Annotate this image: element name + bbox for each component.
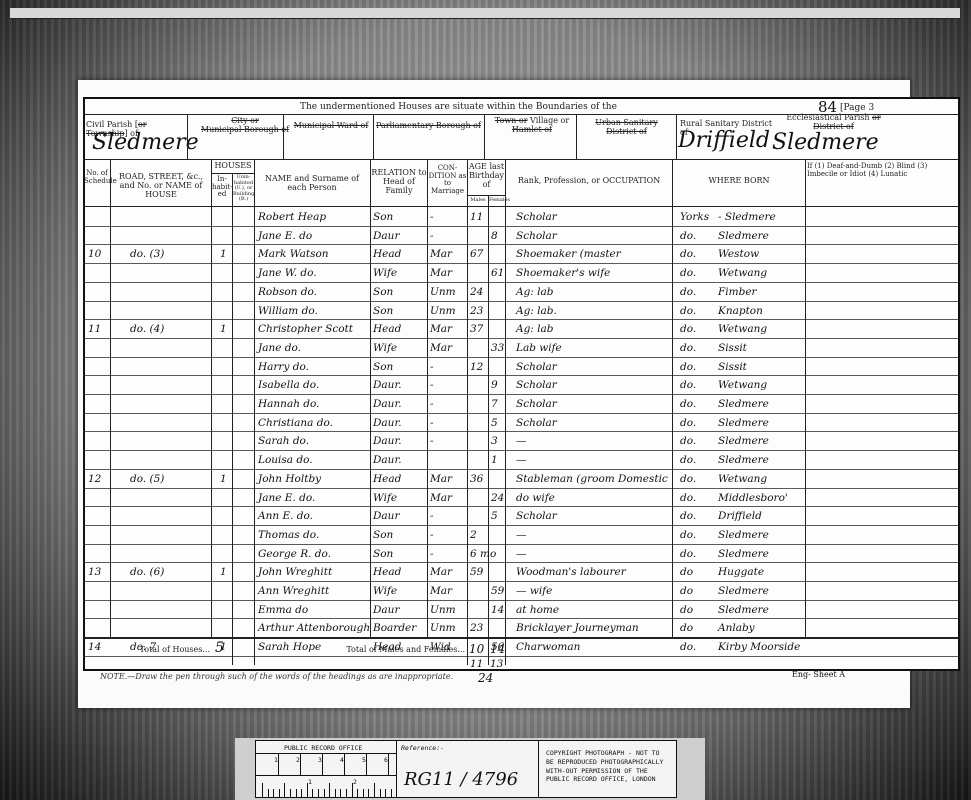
schedule-cell: 10 [88,249,101,260]
born-place-cell: Wetwang [718,380,767,391]
born-county-cell: do. [680,493,696,504]
female-age-cell: 1 [491,455,498,466]
row-rule [83,338,958,339]
born-place-cell: Sledmere [718,418,769,429]
total-persons-label: Total of Males and Females... [330,646,465,655]
row-rule [83,357,958,358]
born-county-cell: do [680,567,693,578]
condition-cell: - [430,380,434,391]
occupation-cell: Charwoman [516,642,580,653]
born-county-cell: do. [680,268,696,279]
ecclesiastical-parish-label: Ecclesiastical Parish orDistrict of [786,114,881,132]
male-age-cell: 12 [470,362,483,373]
col-schedule: No. of Schedule [84,170,110,185]
female-age-cell: 24 [491,493,504,504]
condition-cell: Mar [430,567,452,578]
row-rule [83,581,958,582]
condition-cell: - [430,436,434,447]
total-males-value: 10 [469,643,484,655]
born-place-cell: Sledmere [718,231,769,242]
name-cell: Ann E. do. [258,511,313,522]
male-age-cell: 2 [470,530,477,541]
female-age-cell: 59 [491,586,504,597]
row-rule [83,525,958,526]
row-rule [83,562,958,563]
civil-parish-value: Sledmere [92,132,199,154]
row-rule [83,431,958,432]
subtotal-males: 11 [470,659,483,670]
inhabited-cell: 1 [220,474,227,485]
female-age-cell: 61 [491,268,504,279]
born-county-cell: do. [680,231,696,242]
row-rule [83,263,958,264]
row-rule [83,544,958,545]
reference-label: Reference:- [401,744,444,752]
born-county-cell: do. [680,530,696,541]
total-females-value: 14 [490,643,505,655]
name-cell: Emma do [258,605,308,616]
female-age-cell: 3 [491,436,498,447]
occupation-cell: Scholar [516,399,557,410]
relation-cell: Wife [373,493,397,504]
condition-cell: Mar [430,343,452,354]
scan-top-edge [10,8,960,19]
relation-cell: Son [373,549,393,560]
col-road: ROAD, STREET, &c., and No. or NAME of HO… [112,173,210,199]
occupation-cell: Shoemaker's wife [516,268,610,279]
born-place-cell: Sledmere [718,530,769,541]
col-age: AGE last Birthday of [468,163,505,189]
born-county-cell: Yorks [680,212,709,223]
name-cell: Christiana do. [258,418,333,429]
male-age-cell: 59 [470,567,483,578]
condition-cell: - [430,511,434,522]
copyright-notice: COPYRIGHT PHOTOGRAPH - NOT TO BE REPRODU… [546,749,671,784]
name-cell: Christopher Scott [258,324,353,335]
born-place-cell: Wetwang [718,268,767,279]
born-county-cell: do. [680,249,696,260]
occupation-cell: — wife [516,586,552,597]
name-cell: Jane E. do [258,231,312,242]
condition-cell: - [430,231,434,242]
occupation-cell: Ag: lab [516,287,554,298]
condition-cell: Mar [430,493,452,504]
row-rule [83,600,958,601]
born-place-cell: Fimber [718,287,757,298]
occupation-cell: — [516,549,527,560]
condition-cell: - [430,362,434,373]
condition-cell: Unm [430,605,456,616]
born-county-cell: do. [680,642,696,653]
male-age-cell: 23 [470,623,483,634]
born-place-cell: Anlaby [718,623,755,634]
born-place-cell: Driffield [718,511,762,522]
col-where-born: WHERE BORN [674,177,804,186]
condition-cell: - [430,399,434,410]
male-age-cell: 37 [470,324,483,335]
born-county-cell: do [680,623,693,634]
female-age-cell: 9 [491,380,498,391]
inhabited-cell: 1 [220,324,227,335]
road-cell: do. (3) [130,249,164,260]
condition-cell: - [430,530,434,541]
total-houses-label: Total of Houses... [120,646,210,655]
born-place-cell: Sledmere [718,399,769,410]
name-cell: Hannah do. [258,399,320,410]
header-banner: The undermentioned Houses are situate wi… [300,103,630,113]
archive-label: PUBLIC RECORD OFFICE 123456 12 Reference… [255,740,677,798]
relation-cell: Wife [373,268,397,279]
born-place-cell: Kirby Moorside [718,642,800,653]
row-rule [83,282,958,283]
name-cell: William do. [258,306,318,317]
row-rule [83,319,958,320]
occupation-cell: Scholar [516,418,557,429]
born-place-cell: Wetwang [718,474,767,485]
inhabited-cell: 1 [220,567,227,578]
relation-cell: Daur. [373,436,402,447]
male-age-cell: 67 [470,249,483,260]
row-rule [83,488,958,489]
born-county-cell: do. [680,380,696,391]
occupation-cell: Shoemaker (master [516,249,621,260]
condition-cell: Mar [430,249,452,260]
born-county-cell: do [680,605,693,616]
name-cell: Sarah Hope [258,642,321,653]
born-county-cell: do. [680,287,696,298]
relation-cell: Wife [373,343,397,354]
occupation-cell: Scholar [516,231,557,242]
male-age-cell: 6 mo [470,549,496,560]
relation-cell: Head [373,567,401,578]
relation-cell: Son [373,362,393,373]
name-cell: George R. do. [258,549,331,560]
occupation-cell: at home [516,605,559,616]
born-county-cell: do. [680,436,696,447]
schedule-cell: 13 [88,567,101,578]
relation-cell: Head [373,324,401,335]
parliamentary-borough-label: Parliamentary Borough of [376,122,481,131]
reference-value: RG11 / 4796 [404,771,518,789]
ruler-box: PUBLIC RECORD OFFICE 123456 12 [256,741,397,797]
name-cell: Isabella do. [258,380,319,391]
relation-cell: Daur. [373,380,402,391]
name-cell: Mark Watson [258,249,329,260]
born-place-cell: Middlesboro' [718,493,788,504]
col-houses: HOUSES [212,162,254,171]
relation-cell: Son [373,212,393,223]
relation-cell: Daur. [373,418,402,429]
occupation-cell: Lab wife [516,343,562,354]
row-rule [83,618,958,619]
road-cell: do. (6) [130,567,164,578]
born-county-cell: do. [680,474,696,485]
condition-cell: Mar [430,586,452,597]
born-place-cell: Sledmere [718,549,769,560]
municipal-ward-label: Municipal Ward of [286,122,376,131]
born-place-cell: Sledmere [718,605,769,616]
town-village-label: Town or Village orHamlet of [487,117,577,135]
row-rule [83,506,958,507]
condition-cell: Unm [430,306,456,317]
col-uninhabited: Unin-habited (U.), or Building (B.) [233,175,254,203]
born-county-cell: do. [680,324,696,335]
name-cell: Thomas do. [258,530,319,541]
name-cell: Harry do. [258,362,309,373]
condition-cell: - [430,212,434,223]
occupation-cell: Scholar [516,380,557,391]
relation-cell: Daur. [373,455,402,466]
row-rule [83,413,958,414]
occupation-cell: Bricklayer Journeyman [516,623,639,634]
female-age-cell: 33 [491,343,504,354]
name-cell: Jane W. do. [258,268,317,279]
born-county-cell: do. [680,455,696,466]
born-place-cell: Westow [718,249,759,260]
born-place-cell: Wetwang [718,324,767,335]
ruler-tick-label: 2 [353,778,357,786]
born-place-cell: Sledmere [718,455,769,466]
relation-cell: Son [373,287,393,298]
relation-cell: Daur [373,231,399,242]
born-place-cell: Knapton [718,306,763,317]
office-name: PUBLIC RECORD OFFICE [284,744,362,752]
subtotal-females: 13 [490,659,503,670]
relation-cell: Daur. [373,399,402,410]
name-cell: Ann Wreghitt [258,586,329,597]
born-county-cell: do [680,586,693,597]
female-age-cell: 5 [491,511,498,522]
schedule-cell: 11 [88,324,101,335]
born-county-cell: do. [680,418,696,429]
occupation-cell: Scholar [516,212,557,223]
condition-cell: Mar [430,324,452,335]
col-relation: RELATION to Head of Family [371,169,427,195]
occupation-cell: Ag: lab [516,324,554,335]
condition-cell: Mar [430,474,452,485]
rural-sanitary-value: Driffield [678,130,770,152]
occupation-cell: — [516,455,527,466]
occupation-cell: — [516,530,527,541]
col-inhabited: In-habit-ed [212,176,232,199]
relation-cell: Head [373,474,401,485]
born-county-cell: do. [680,306,696,317]
col-males: Males [468,198,488,204]
relation-cell: Boarder [373,623,416,634]
relation-cell: Head [373,249,401,260]
col-females: Females [489,198,505,204]
occupation-cell: Scholar [516,511,557,522]
name-cell: Jane do. [258,343,301,354]
born-county-cell: do. [680,511,696,522]
name-cell: Arthur Attenborough [258,623,370,634]
name-cell: Jane E. do. [258,493,315,504]
relation-cell: Daur [373,511,399,522]
born-county-cell: do. [680,343,696,354]
female-age-cell: 5 [491,418,498,429]
row-rule [83,394,958,395]
ecclesiastical-parish-value: Sledmere [772,132,879,154]
schedule-cell: 14 [88,642,101,653]
row-rule [83,226,958,227]
row-rule [83,375,958,376]
male-age-cell: 11 [470,212,483,223]
row-rule [83,656,958,657]
occupation-cell: Woodman's labourer [516,567,626,578]
row-rule [83,244,958,245]
born-place-cell: Sissit [718,362,747,373]
born-county-cell: do. [680,549,696,560]
urban-sanitary-label: Urban Sanitary District of [579,119,674,137]
col-occupation: Rank, Profession, or OCCUPATION [508,177,670,186]
male-age-cell: 24 [470,287,483,298]
grand-total: 24 [478,672,493,684]
inhabited-cell: 1 [220,249,227,260]
name-cell: Robert Heap [258,212,326,223]
born-place-cell: Huggate [718,567,764,578]
female-age-cell: 7 [491,399,498,410]
name-cell: Robson do. [258,287,317,298]
born-place-cell: Sledmere [718,436,769,447]
female-age-cell: 8 [491,231,498,242]
col-condition: CON-DITION as to Marriage [428,165,467,196]
condition-cell: - [430,418,434,429]
relation-cell: Wife [373,586,397,597]
condition-cell: Unm [430,623,456,634]
col-infirmity: If (1) Deaf-and-Dumb (2) Blind (3) Imbec… [807,163,955,178]
total-houses-value: 5 [215,641,224,655]
name-cell: John Holtby [258,474,321,485]
relation-cell: Daur [373,605,399,616]
name-cell: Louisa do. [258,455,313,466]
occupation-cell: Scholar [516,362,557,373]
name-cell: Sarah do. [258,436,309,447]
row-rule [83,301,958,302]
instruction-note: NOTE.—Draw the pen through such of the w… [100,672,453,681]
condition-cell: Unm [430,287,456,298]
road-cell: do. (5) [130,474,164,485]
occupation-cell: — [516,436,527,447]
occupation-cell: Stableman (groom Domestic [516,474,668,485]
male-age-cell: 36 [470,474,483,485]
born-county-cell: do. [680,362,696,373]
relation-cell: Son [373,530,393,541]
occupation-cell: Ag: lab. [516,306,557,317]
born-place-cell: - Sledmere [718,212,776,223]
condition-cell: - [430,549,434,560]
born-place-cell: Sissit [718,343,747,354]
occupation-cell: do wife [516,493,555,504]
relation-cell: Son [373,306,393,317]
schedule-cell: 12 [88,474,101,485]
female-age-cell: 14 [491,605,504,616]
name-cell: John Wreghitt [258,567,332,578]
road-cell: do. (4) [130,324,164,335]
ruler-tick-label: 1 [308,778,312,786]
male-age-cell: 23 [470,306,483,317]
condition-cell: Mar [430,268,452,279]
born-county-cell: do. [680,399,696,410]
col-name: NAME and Surname of each Person [256,175,368,193]
row-rule [83,450,958,451]
row-rule [83,469,958,470]
born-place-cell: Sledmere [718,586,769,597]
sheet-label: Eng- Sheet A [792,670,845,679]
